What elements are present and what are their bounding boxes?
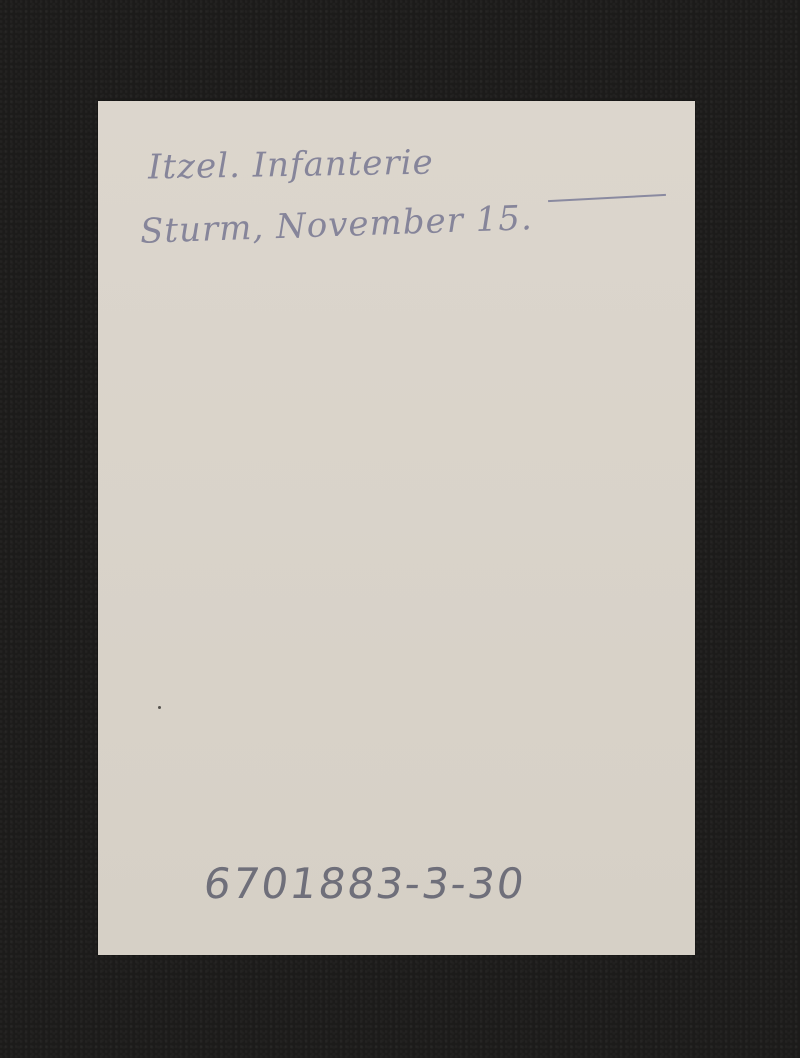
paper-speck — [158, 706, 161, 709]
inventory-number: 6701883-3-30 — [201, 859, 529, 908]
card: Itzel. Infanterie Sturm, November 15. 67… — [98, 101, 695, 955]
handwritten-line-1: Itzel. Infanterie — [148, 143, 434, 188]
handwritten-line-2: Sturm, November 15. — [139, 198, 533, 252]
handwritten-overline — [548, 194, 666, 202]
